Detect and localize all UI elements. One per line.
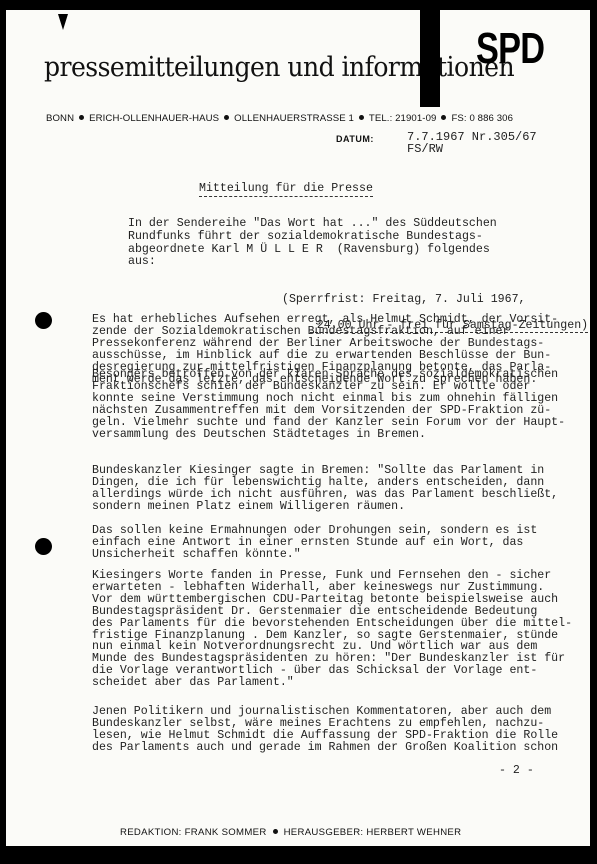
bullet-icon [441,115,446,120]
address-street: OLLENHAUERSTRASSE 1 [234,113,354,124]
footer-credits: REDAKTION: FRANK SOMMERHERAUSGEBER: HERB… [120,827,461,838]
bullet-icon [79,115,84,120]
page-number: - 2 - [499,764,534,777]
paragraph: Jenen Politikern und journalistischen Ko… [92,706,592,754]
embargo-line-1: (Sperrfrist: Freitag, 7. Juli 1967, [282,293,588,306]
logo-text: SPD [476,24,544,74]
address-phone: TEL.: 21901-09 [369,113,437,124]
intro-text: In der Sendereihe "Das Wort hat ..." des… [128,218,497,269]
punch-hole [35,312,52,329]
address-line: BONNERICH-OLLENHAUER-HAUSOLLENHAUERSTRAS… [46,113,513,124]
footer-herausgeber: HERAUSGEBER: HERBERT WEHNER [284,827,462,838]
reference-code: FS/RW [407,142,443,156]
document-page: pressemitteilungen und informationen SPD… [6,10,590,846]
logo-bar [420,10,440,107]
paragraph: Bundeskanzler Kiesinger sagte in Bremen:… [92,465,592,513]
spd-logo: SPD [440,10,590,107]
corner-mark [58,14,68,30]
bullet-icon [273,829,278,834]
datum-label: DATUM: [336,134,374,144]
bullet-icon [359,115,364,120]
address-telex: FS: 0 886 306 [451,113,513,124]
punch-hole [35,538,52,555]
paragraph: Besonders betroffen von der klaren Sprac… [92,369,592,440]
bullet-icon [224,115,229,120]
address-building: ERICH-OLLENHAUER-HAUS [89,113,219,124]
paragraph: Kiesingers Worte fanden in Presse, Funk … [92,570,592,689]
document-heading: Mitteilung für die Presse [199,182,373,197]
footer-redaktion: REDAKTION: FRANK SOMMER [120,827,267,838]
address-city: BONN [46,113,74,124]
paragraph: Das sollen keine Ermahnungen oder Drohun… [92,525,592,561]
